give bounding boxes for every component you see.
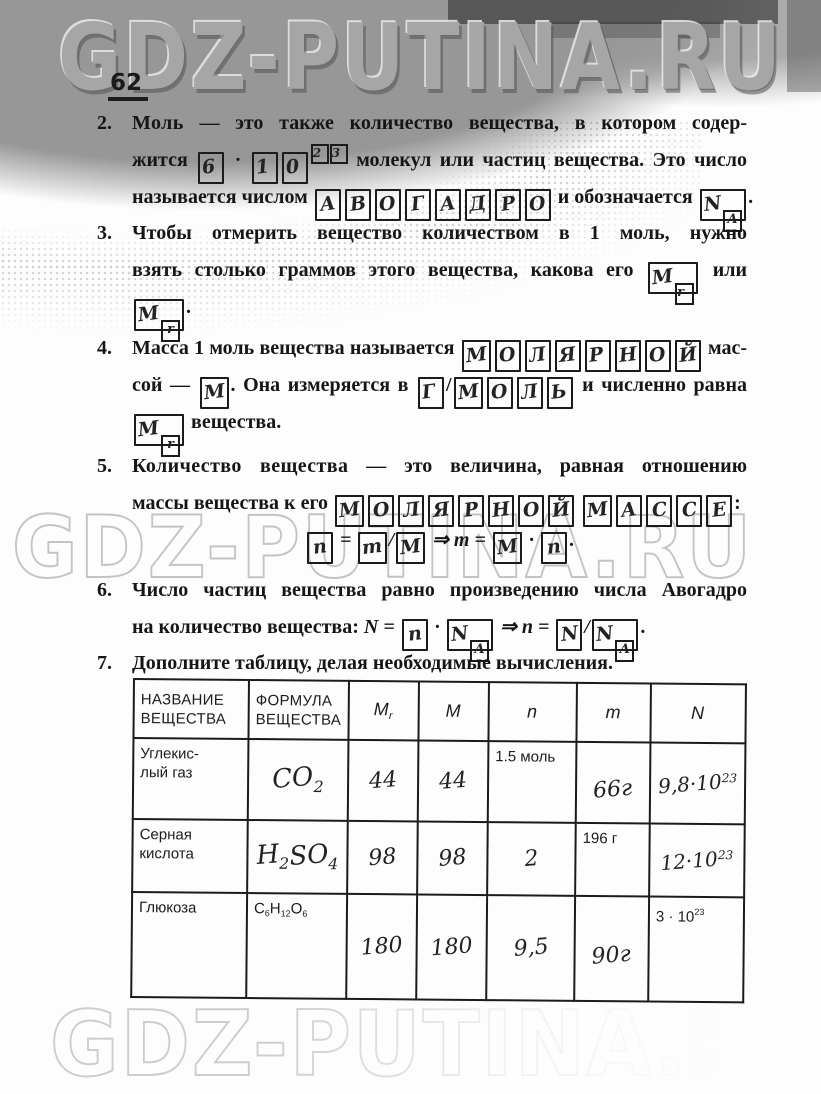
answer-box: С [646,495,672,527]
answer-letter: Н [491,496,512,524]
table-cell: CO2 [248,739,349,821]
answer-letter: Я [557,341,577,369]
exercise-line: Количество вещества — это величина, равн… [132,448,747,485]
cell-text: 90г [591,941,632,969]
cell-text: Серная [140,826,192,843]
answer-box: Л [517,377,543,409]
cell-text: лый газ [140,764,192,781]
exercise-line: Чтобы отмерить вещество количеством в 1 … [132,215,747,252]
answer-box: О [487,377,513,409]
print-text: Дополните таблицу, делая необходимые выч… [132,652,613,674]
answer-letter: А [620,496,639,524]
answer-letter: N [702,190,722,218]
print-text: вещества. [186,411,281,433]
answer-letter: М [464,341,488,369]
header-line: НАЗВАНИЕ [141,690,247,710]
table-cell: C6H12O6 [246,893,347,999]
print-text: — это также количество вещества, в котор… [184,112,747,134]
print-text: и обозначается [553,186,698,208]
answer-letter: n [312,533,329,560]
worksheet-table: НАЗВАНИЕВЕЩЕСТВАФОРМУЛАВЕЩЕСТВАMrMnmNУгл… [130,678,747,1003]
answer-letter: Ь [549,378,568,406]
table-cell: 9,5 [486,895,575,1001]
print-text [576,492,581,514]
table-cell: 2 [487,822,576,896]
print-text: . Она измеряется в [231,374,416,396]
answer-letter: N [559,620,579,648]
table-header-cell: ФОРМУЛАВЕЩЕСТВА [248,680,349,740]
print-text: Масса 1 моль вещества называется [132,337,460,359]
math-text: / [389,529,395,551]
cell-text: 4 [328,855,338,873]
exercise-item: 5.Количество вещества — это величина, ра… [97,448,747,559]
print-text: . [569,529,574,551]
cell-text: 23 [718,848,733,862]
answer-box: Мr [134,299,184,331]
print-text: взять столько граммов этого вещества, ка… [132,259,646,281]
cell-text: H [270,900,281,917]
table-header-cell: N [650,684,746,744]
cell-text: 12·10 [660,847,719,875]
header-line: ФОРМУЛА [256,691,347,711]
exercise-line: Масса 1 моль вещества называется МОЛЯРНО… [132,330,747,367]
cell-text: C [254,900,265,917]
answer-letter: Г [410,190,426,217]
exercise-number: 3. [97,215,132,326]
cell-text: 2 [523,846,539,872]
print-text: массы вещества к его [132,492,333,514]
exercise-body: Масса 1 моль вещества называется МОЛЯРНО… [132,330,747,441]
cell-text: 180 [360,933,404,961]
cell-text: Углекис- [140,745,199,763]
answer-letter: 6 [201,153,217,180]
exercise-line: Моль — это также количество вещества, в … [132,105,747,142]
exercise-item: 7.Дополните таблицу, делая необходимые в… [97,645,747,682]
answer-letter: Д [468,190,488,218]
answer-letter: n [545,533,562,560]
table-header-cell: n [488,682,577,742]
table-cell: 98 [347,821,418,895]
answer-letter: О [647,341,667,369]
exercise-list: 2.Моль — это также количество вещества, … [0,0,821,680]
print-text: называется числом [132,186,313,208]
answer-letter: О [528,190,548,218]
answer-letter: Й [677,341,698,369]
table-header-cell: НАЗВАНИЕВЕЩЕСТВА [133,679,249,739]
worksheet-table-body: НАЗВАНИЕВЕЩЕСТВАФОРМУЛАВЕЩЕСТВАMrMnmNУгл… [131,679,746,1002]
print-text: : [734,492,741,514]
cell-text: r [389,710,393,722]
answer-letter: М [399,533,423,561]
exercise-line: взять столько граммов этого вещества, ка… [132,252,747,289]
workbook-page-scan: GDZ-PUTINA.RU GDZ-PUTINA.RU GDZ-PUTINA.R… [0,0,821,1094]
table-cell: Сернаякислота [132,819,248,893]
answer-box: Мr [134,414,184,446]
table-cell: 44 [418,740,489,822]
print-text: жится [132,149,196,171]
answer-letter: О [378,190,398,218]
answer-superscript-box: 2 [311,144,329,164]
print-text: Число частиц вещества равно произведению… [132,579,747,601]
exercise-line: жится 6 · 1023 молекул или частиц вещест… [132,142,747,179]
table-cell: Углекис-лый газ [133,738,249,820]
cell-text: 98 [438,845,468,872]
cell-text: 6 [302,909,307,919]
exercise-item: 4.Масса 1 моль вещества называется МОЛЯР… [97,330,747,441]
answer-letter: Р [499,190,516,218]
watermark-bottom: GDZ-PUTINA.RU [50,992,821,1094]
exercise-line: сой — М. Она измеряется в Г/МОЛЬ и числе… [132,367,747,404]
exercise-body: Дополните таблицу, делая необходимые выч… [132,645,747,682]
answer-box: n [307,532,333,564]
cell-text: 9,8·10 [657,769,722,798]
table-cell: 180 [346,894,417,1000]
answer-letter: О [497,341,517,369]
answer-box: А [616,495,642,527]
cell-text: 9,5 [512,934,549,962]
answer-letter: N [594,620,614,648]
answer-letter: n [406,620,423,647]
table-cell: 196 г [575,823,650,897]
answer-letter: Е [710,496,728,524]
exercise-item: 2.Моль — это также количество вещества, … [97,105,747,216]
table-cell: 3 · 1023 [648,897,744,1003]
table-cell: Глюкоза [131,892,247,998]
cell-text: 12 [281,908,291,918]
answer-letter: О [371,496,391,524]
print-text: Количество вещества [132,455,348,477]
answer-letter: О [489,378,509,406]
cell-text: CO [271,762,314,795]
exercise-line: Число частиц вещества равно произведению… [132,572,747,609]
cell-text: 196 г [583,830,618,847]
table-row: ГлюкозаC6H12O61801809,590г3 · 1023 [131,892,744,1002]
cell-text: Глюкоза [139,899,197,917]
answer-letter: М [338,496,362,524]
exercise-line: называется числом АВОГАДРО и обозначаетс… [132,179,747,216]
table-header-row: НАЗВАНИЕВЕЩЕСТВАФОРМУЛАВЕЩЕСТВАMrMnmN [133,679,745,743]
cell-text: 23 [694,907,704,917]
print-text: — это величина, равная отношению [348,455,747,477]
print-text: . [748,186,753,208]
answer-subscript-box: r [675,283,694,305]
cell-text: M [445,701,460,721]
table-cell: 44 [348,740,419,822]
answer-letter: О [521,496,541,524]
table-cell: 1.5 моль [488,741,577,823]
answer-box: Мr [648,262,698,294]
print-text: на количество вещества: [132,616,364,638]
cell-text: n [527,701,537,721]
table-cell: 90г [574,896,649,1002]
exercise-item: 3.Чтобы отмерить вещество количеством в … [97,215,747,326]
answer-letter: С [650,496,668,524]
cell-text: кислота [139,845,194,862]
cell-text: H [255,840,280,872]
answer-letter: Р [462,496,479,524]
cell-text: M [374,699,389,719]
cell-text: 98 [368,844,398,871]
answer-letter: М [456,378,480,406]
cell-text: m [605,702,620,722]
answer-box: М [396,532,425,564]
cell-text: 180 [430,933,474,961]
cell-text: 3 · 10 [656,908,695,925]
exercise-body: Число частиц вещества равно произведению… [132,572,747,646]
exercise-number: 5. [97,448,132,559]
print-text: сой — [132,374,198,396]
answer-box: Ь [547,377,573,409]
cell-text: 2 [279,855,289,873]
answer-letter: С [680,496,698,524]
exercise-line: на количество вещества: N = n · NА ⇒ n =… [132,609,747,646]
cell-text: SO [288,839,329,872]
table-header-cell: m [576,683,651,743]
cell-text: 66г [593,775,634,803]
answer-letter: М [495,533,519,561]
print-text: и численно равна [575,374,747,396]
exercise-line: n = m/М ⇒ m = М · n. [132,522,747,559]
cell-text: 23 [722,771,737,785]
answer-box: m [358,532,386,564]
print-text: · [226,149,250,171]
exercise-number: 4. [97,330,132,441]
math-text: ⇒ n = [495,616,554,638]
answer-box: n [541,532,567,564]
answer-letter: М [136,415,160,443]
print-text: мас- [703,337,747,359]
header-line: ВЕЩЕСТВА [256,710,347,730]
print-text: . [640,616,645,638]
cell-text: 44 [438,768,468,795]
answer-box: М [583,495,612,527]
answer-box: С [676,495,702,527]
cell-text: O [291,900,303,917]
answer-superscript-box: 3 [330,144,348,164]
answer-box: М [493,532,522,564]
exercise-number: 6. [97,572,132,646]
exercise-line: Дополните таблицу, делая необходимые выч… [132,645,747,682]
table-header-cell: M [418,681,489,741]
math-text: = [335,529,356,551]
answer-letter: Г [420,378,436,405]
table-cell: 98 [417,821,488,895]
math-text: ⇒ m = [427,529,491,551]
cell-text: N [691,703,704,723]
answer-letter: М [136,300,160,328]
exercise-number: 2. [97,105,132,216]
print-text: молекул или частиц вещества. Это число [348,149,747,171]
print-text: Моль [132,112,184,134]
table-cell: 12·1023 [649,824,745,898]
answer-letter: М [202,378,226,406]
table-cell: 9,8·1023 [650,743,746,825]
exercise-body: Чтобы отмерить вещество количеством в 1 … [132,215,747,326]
answer-letter: Р [587,341,604,369]
table-header-cell: Mr [348,681,419,741]
answer-letter: М [586,496,610,524]
cell-text: 1.5 моль [495,748,555,766]
answer-letter: 0 [284,153,300,180]
exercise-number: 7. [97,645,132,682]
answer-letter: А [438,190,457,218]
answer-letter: m [361,533,384,561]
exercise-line: Мr вещества. [132,404,747,441]
math-text: · [524,529,539,551]
answer-letter: Л [401,496,421,524]
table-row: Углекис-лый газCO244441.5 моль66г9,8·102… [133,738,746,824]
print-text: . [186,296,191,318]
table-row: СернаякислотаH2SO498982196 г12·1023 [132,819,745,897]
math-text: · [430,616,445,638]
answer-letter: Я [431,496,451,524]
exercise-body: Моль — это также количество вещества, в … [132,105,747,216]
math-text: N = [364,616,400,638]
answer-letter: Л [527,341,547,369]
print-text: или [700,259,747,281]
answer-box: Е [706,495,732,527]
table-cell: 66г [576,742,651,824]
cell-text: 2 [314,778,324,796]
answer-box: Г [418,377,444,409]
answer-letter: 1 [254,153,270,180]
cell-text: 44 [368,767,398,794]
answer-letter: Л [519,378,539,406]
exercise-line: массы вещества к его МОЛЯРНОЙ МАССЕ: [132,485,747,522]
answer-letter: N [449,620,469,648]
math-text: / [584,616,590,638]
table-cell: 180 [416,894,487,1000]
print-text: Чтобы отмерить вещество количеством в 1 … [132,222,747,244]
answer-letter: М [651,263,675,291]
answer-box: М [454,377,483,409]
answer-letter: В [348,190,367,218]
answer-letter: Н [617,341,638,369]
answer-letter: Й [551,496,572,524]
exercise-item: 6.Число частиц вещества равно произведен… [97,572,747,646]
answer-letter: А [318,190,337,218]
header-line: ВЕЩЕСТВА [141,709,247,729]
table-cell: H2SO4 [247,820,348,894]
print-text: / [446,374,452,396]
exercise-body: Количество вещества — это величина, равн… [132,448,747,559]
